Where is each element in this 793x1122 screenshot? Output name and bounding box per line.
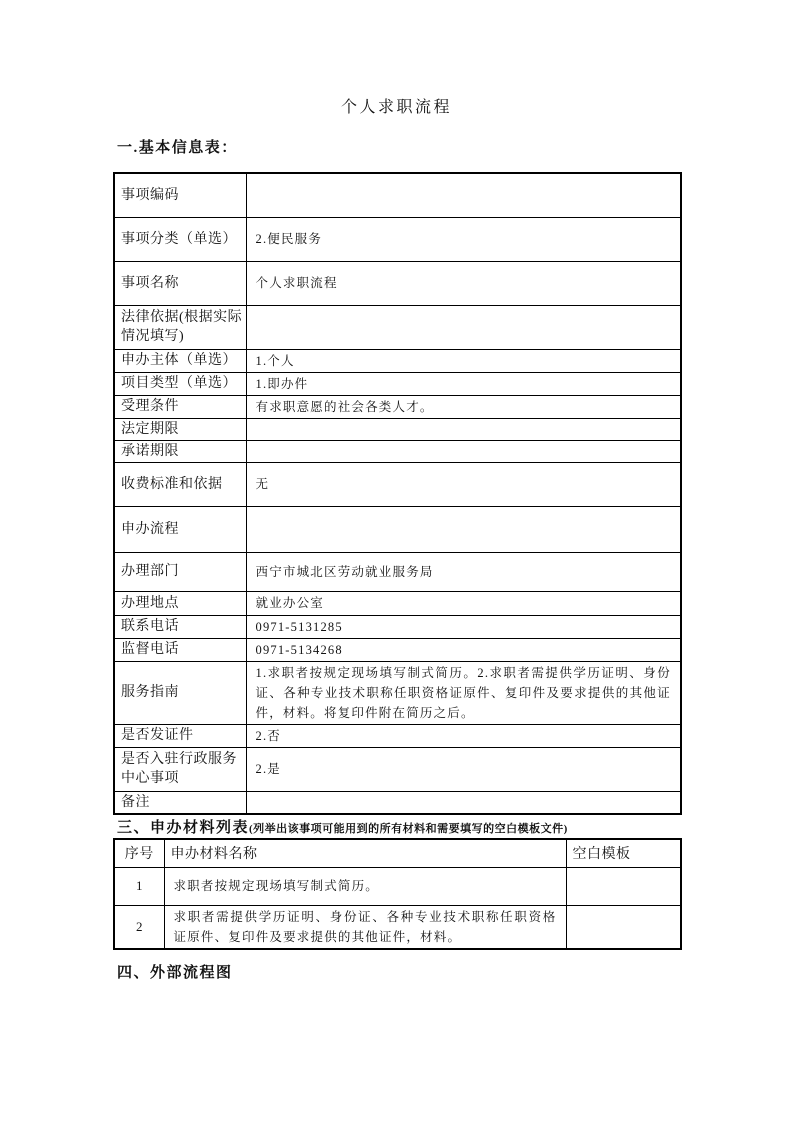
materials-header-name: 申办材料名称 [164, 839, 566, 867]
row-label: 法律依据(根据实际情况填写) [114, 305, 246, 349]
row-label: 法定期限 [114, 418, 246, 440]
basic-info-row: 监督电话0971-5134268 [114, 638, 681, 661]
materials-header-template: 空白模板 [566, 839, 681, 867]
row-value: 1.个人 [246, 349, 681, 372]
row-value: 0971-5134268 [246, 638, 681, 661]
row-label: 是否发证件 [114, 724, 246, 747]
row-label: 监督电话 [114, 638, 246, 661]
row-value: 就业办公室 [246, 591, 681, 615]
row-value: 有求职意愿的社会各类人才。 [246, 395, 681, 418]
basic-info-row: 收费标准和依据无 [114, 462, 681, 506]
section-materials-title: 三、申办材料列表 [117, 820, 249, 836]
basic-info-row: 事项编码 [114, 173, 681, 217]
basic-info-table: 事项编码事项分类（单选）2.便民服务事项名称个人求职流程法律依据(根据实际情况填… [113, 172, 682, 815]
row-label: 办理部门 [114, 552, 246, 591]
row-value: 0971-5131285 [246, 615, 681, 638]
row-value [246, 791, 681, 814]
basic-info-row: 申办流程 [114, 506, 681, 552]
row-label: 项目类型（单选） [114, 372, 246, 395]
materials-row: 2求职者需提供学历证明、身份证、各种专业技术职称任职资格证原件、复印件及要求提供… [114, 905, 681, 949]
basic-info-row: 法律依据(根据实际情况填写) [114, 305, 681, 349]
row-label: 收费标准和依据 [114, 462, 246, 506]
row-value: 1.即办件 [246, 372, 681, 395]
basic-info-row: 备注 [114, 791, 681, 814]
row-label: 备注 [114, 791, 246, 814]
basic-info-row: 受理条件有求职意愿的社会各类人才。 [114, 395, 681, 418]
section-materials-note: (列举出该事项可能用到的所有材料和需要填写的空白模板文件) [249, 823, 568, 835]
basic-info-row: 办理地点就业办公室 [114, 591, 681, 615]
row-value: 西宁市城北区劳动就业服务局 [246, 552, 681, 591]
material-name: 求职者按规定现场填写制式简历。 [164, 867, 566, 905]
row-value: 2.便民服务 [246, 217, 681, 261]
section-flowchart-heading: 四、外部流程图 [117, 961, 233, 982]
row-label: 事项编码 [114, 173, 246, 217]
basic-info-row: 申办主体（单选）1.个人 [114, 349, 681, 372]
document-page: 个人求职流程 一.基本信息表： 事项编码事项分类（单选）2.便民服务事项名称个人… [0, 0, 793, 1122]
materials-header-no: 序号 [114, 839, 164, 867]
basic-info-row: 是否发证件2.否 [114, 724, 681, 747]
row-label: 事项分类（单选） [114, 217, 246, 261]
row-label: 联系电话 [114, 615, 246, 638]
row-label: 办理地点 [114, 591, 246, 615]
row-value [246, 418, 681, 440]
row-value: 2.是 [246, 747, 681, 791]
materials-header-row: 序号 申办材料名称 空白模板 [114, 839, 681, 867]
row-label: 申办主体（单选） [114, 349, 246, 372]
basic-info-row: 服务指南1.求职者按规定现场填写制式简历。2.求职者需提供学历证明、身份证、各种… [114, 661, 681, 724]
row-label: 事项名称 [114, 261, 246, 305]
material-number: 1 [114, 867, 164, 905]
basic-info-row: 承诺期限 [114, 440, 681, 462]
material-number: 2 [114, 905, 164, 949]
materials-table: 序号 申办材料名称 空白模板 1求职者按规定现场填写制式简历。2求职者需提供学历… [113, 838, 682, 950]
row-value: 个人求职流程 [246, 261, 681, 305]
row-label: 受理条件 [114, 395, 246, 418]
section-basic-info-heading: 一.基本信息表： [117, 136, 238, 157]
basic-info-row: 联系电话0971-5131285 [114, 615, 681, 638]
row-value [246, 305, 681, 349]
page-title: 个人求职流程 [0, 94, 793, 117]
row-label: 承诺期限 [114, 440, 246, 462]
row-value [246, 440, 681, 462]
basic-info-row: 项目类型（单选）1.即办件 [114, 372, 681, 395]
material-template [566, 867, 681, 905]
basic-info-row: 法定期限 [114, 418, 681, 440]
row-label: 服务指南 [114, 661, 246, 724]
basic-info-row: 事项名称个人求职流程 [114, 261, 681, 305]
row-value: 1.求职者按规定现场填写制式简历。2.求职者需提供学历证明、身份证、各种专业技术… [246, 661, 681, 724]
row-value [246, 173, 681, 217]
row-label: 申办流程 [114, 506, 246, 552]
materials-row: 1求职者按规定现场填写制式简历。 [114, 867, 681, 905]
row-value: 无 [246, 462, 681, 506]
row-label: 是否入驻行政服务中心事项 [114, 747, 246, 791]
basic-info-row: 事项分类（单选）2.便民服务 [114, 217, 681, 261]
material-template [566, 905, 681, 949]
row-value: 2.否 [246, 724, 681, 747]
material-name: 求职者需提供学历证明、身份证、各种专业技术职称任职资格证原件、复印件及要求提供的… [164, 905, 566, 949]
section-materials-heading: 三、申办材料列表(列举出该事项可能用到的所有材料和需要填写的空白模板文件) [117, 816, 568, 837]
basic-info-row: 是否入驻行政服务中心事项2.是 [114, 747, 681, 791]
row-value [246, 506, 681, 552]
basic-info-row: 办理部门西宁市城北区劳动就业服务局 [114, 552, 681, 591]
